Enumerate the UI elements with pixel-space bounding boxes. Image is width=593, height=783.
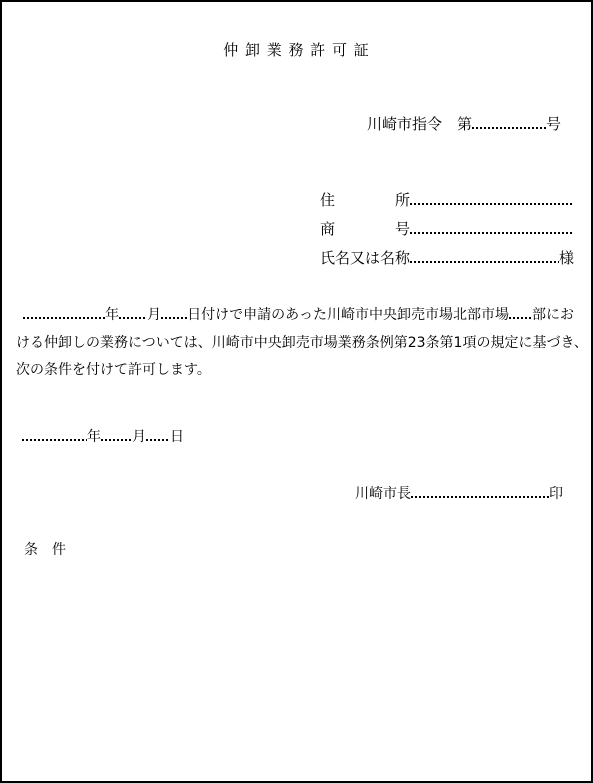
recipient-block: 住 所 商 号 氏名又は名称 様 xyxy=(320,190,574,277)
application-month-label: 月 xyxy=(147,304,161,324)
address-blank xyxy=(410,190,574,205)
issue-year-label: 年 xyxy=(87,426,101,446)
honorific-label: 様 xyxy=(559,249,574,267)
trade-name-row: 商 号 xyxy=(320,219,574,238)
signature-line: 川崎市長 印 xyxy=(355,483,563,503)
trade-name-blank xyxy=(410,219,574,234)
body-line1-end: 部にお xyxy=(532,304,574,324)
issue-day-blank xyxy=(146,427,170,441)
market-section-blank xyxy=(509,305,532,319)
issue-date-line: 年 月 日 xyxy=(22,426,184,446)
seal-label: 印 xyxy=(549,483,563,503)
directive-prefix: 川崎市指令 第 xyxy=(367,113,472,134)
trade-name-label: 商 号 xyxy=(320,220,410,238)
permit-document-page: 仲 卸 業 務 許 可 証 川崎市指令 第 号 住 所 商 号 氏名又は名称 様… xyxy=(0,0,593,783)
body-line3: 次の条件を付けて許可します。 xyxy=(16,359,211,379)
issue-year-blank xyxy=(22,427,87,441)
application-year-label: 年 xyxy=(105,304,119,324)
application-month-blank xyxy=(119,305,147,319)
application-year-blank xyxy=(23,305,105,319)
directive-number-blank xyxy=(472,114,546,129)
address-row: 住 所 xyxy=(320,190,574,209)
directive-number-line: 川崎市指令 第 号 xyxy=(367,113,561,134)
body-line1: 年 月 日付けで申請のあった川崎市中央卸売市場北部市場 部にお xyxy=(16,304,574,324)
application-day-blank xyxy=(161,305,187,319)
address-label: 住 所 xyxy=(320,191,410,209)
name-row: 氏名又は名称 様 xyxy=(320,248,574,267)
name-blank xyxy=(410,248,559,263)
body-line2: ける仲卸しの業務については、川崎市中央卸売市場業務条例第23条第1項の規定に基づ… xyxy=(16,332,588,352)
issue-month-label: 月 xyxy=(132,426,146,446)
document-title: 仲 卸 業 務 許 可 証 xyxy=(2,39,591,60)
issue-month-blank xyxy=(101,427,132,441)
body-line1-text: 日付けで申請のあった川崎市中央卸売市場北部市場 xyxy=(187,304,509,324)
mayor-name-blank xyxy=(411,484,549,498)
mayor-title: 川崎市長 xyxy=(355,483,411,503)
name-label: 氏名又は名称 xyxy=(320,249,410,267)
issue-day-label: 日 xyxy=(170,426,184,446)
conditions-heading: 条 件 xyxy=(24,539,66,559)
directive-suffix: 号 xyxy=(546,113,561,134)
